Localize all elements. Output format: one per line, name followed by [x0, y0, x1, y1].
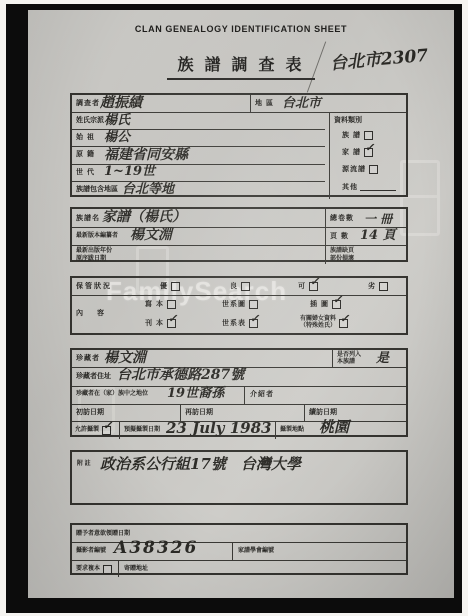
ancestor-label: 始 祖 [76, 134, 95, 142]
category-other: 其他 [342, 183, 396, 191]
checkbox-box: ✓ [241, 282, 250, 291]
pages-value: 14 頁 [360, 229, 396, 242]
checkbox-box: ✓ [309, 282, 318, 291]
area-label: 地 區 [255, 100, 274, 108]
pages-label: 頁 數 [330, 233, 349, 241]
checkbox-box: ✓ [364, 148, 373, 157]
ancestor-value: 楊公 [104, 131, 130, 144]
checkbox-box: ✓ [167, 319, 176, 328]
condition-table: 保管狀況 優 ✓ 良 ✓ 可 ✓ 劣 ✓ 內 容 寫 本 ✓ [70, 276, 408, 335]
keeper-table: 珍藏者 楊文淵 是否列入 本族譜 是 珍藏者住址 台北市承德路287號 珍藏者在… [70, 348, 408, 437]
check-mark-icon: ✓ [310, 275, 319, 288]
checkbox-box: ✓ [339, 319, 348, 328]
condition-label: 保管狀況 [76, 283, 112, 291]
english-title: CLAN GENEALOGY IDENTIFICATION SHEET [28, 24, 454, 34]
keeper-position-label: 珍藏者在（家）族中之地位 [76, 391, 148, 398]
checkbox-box: ✓ [249, 300, 258, 309]
checkbox-condition-fair: 可 ✓ [298, 282, 318, 291]
keeper-label: 珍藏者 [76, 355, 100, 363]
remarks-value: 政治系公行組17號 台灣大學 [100, 457, 301, 472]
checkbox-box: ✓ [332, 300, 341, 309]
check-mark-icon: ✓ [365, 141, 374, 154]
checkbox-condition-poor: 劣 ✓ [368, 282, 388, 291]
compiler-label: 最新版本編纂者 [76, 233, 118, 240]
checkbox-family-genealogy: 家 譜 ✓ [342, 148, 373, 157]
checkbox-condition-good: 良 ✓ [230, 282, 250, 291]
book-title-label: 族譜名 [76, 215, 100, 223]
clan-label: 姓氏宗派 [76, 117, 104, 125]
keeper-address-label: 珍藏者住址 [76, 373, 111, 381]
pub-year-label: 最新出版年份 [76, 248, 112, 255]
check-mark-icon: ✓ [340, 312, 349, 325]
category-title: 資料類別 [334, 117, 362, 125]
compiler-value: 楊文淵 [130, 228, 172, 242]
checkbox-origin-genealogy: 源流譜 ✓ [342, 165, 378, 174]
missing-pages-label: 族譜缺頁 [330, 248, 354, 255]
area-value: 台北市 [282, 97, 321, 110]
introducer-label: 介紹者 [250, 391, 274, 399]
film-date-label: 預擬攝製日期 [124, 427, 160, 434]
film-date-value: 23 July 1983 [166, 421, 271, 436]
volumes-label: 總卷數 [330, 215, 354, 223]
check-mark-icon: ✓ [103, 419, 112, 432]
microfilm-black-frame: FamilySearch CLAN GENEALOGY IDENTIFICATI… [6, 4, 462, 613]
check-mark-icon: ✓ [333, 293, 342, 306]
surveyor-value: 趙振績 [100, 96, 142, 110]
photographer-no-value: A38326 [114, 540, 198, 557]
origin-value: 福建省同安縣 [104, 148, 188, 162]
surveyor-label: 調查者 [76, 100, 100, 108]
blank-line [360, 183, 396, 191]
checkbox-box: ✓ [102, 426, 111, 435]
check-mark-icon: ✓ [250, 312, 259, 325]
keeper-position-value: 19世裔孫 [167, 387, 224, 400]
origin-label: 原 籍 [76, 151, 95, 159]
checkbox-manuscript: 寫 本 ✓ [145, 300, 176, 309]
book-title-value: 家譜（楊氏） [102, 210, 186, 224]
donor-date-label: 贈予者意欲領贈日期 [76, 531, 130, 538]
damage-label: 部份損壞 [330, 256, 354, 263]
followup-visit-label: 續訪日期 [309, 409, 337, 417]
checkbox-clan-genealogy: 族 譜 ✓ [342, 131, 373, 140]
form-paper: FamilySearch CLAN GENEALOGY IDENTIFICATI… [28, 10, 454, 598]
listed-value: 是 [376, 352, 389, 365]
survey-table: 調查者 趙振績 地 區 台北市 姓氏宗派 楊氏 始 祖 楊公 原 籍 福建省同安… [70, 93, 408, 197]
send-address-label: 寄贈地址 [124, 566, 148, 573]
volumes-value: 一 冊 [364, 213, 392, 225]
checkbox-box: ✓ [167, 300, 176, 309]
checkbox-box: ✓ [369, 165, 378, 174]
photographer-no-label: 攝影者編號 [76, 548, 106, 555]
checkbox-printed-edition: 刊 本 ✓ [145, 319, 176, 328]
keeper-address-value: 台北市承德路287號 [117, 368, 244, 382]
checkbox-box: ✓ [171, 282, 180, 291]
film-place-value: 桃園 [319, 420, 349, 435]
checkbox-box: ✓ [364, 131, 373, 140]
checkbox-illustrations: 插 圖 ✓ [310, 300, 341, 309]
book-table: 族譜名 家譜（楊氏） 總卷數 一 冊 最新版本編纂者 楊文淵 頁 數 14 頁 … [70, 207, 408, 262]
checkbox-box: ✓ [103, 565, 112, 574]
film-place-label: 攝製地點 [280, 427, 304, 434]
check-mark-icon: ✓ [168, 312, 177, 325]
checkbox-womens-records: 有關婦女資料 （特殊姓氏） ✓ [300, 316, 348, 330]
coverage-label: 族譜包含地區 [76, 186, 118, 194]
clan-value: 楊氏 [104, 114, 130, 127]
checkbox-copy-request: 要求複本 ✓ [76, 565, 112, 574]
second-visit-label: 再訪日期 [185, 409, 213, 417]
preface-label: 原序跋日期 [76, 256, 106, 263]
checkbox-lineage-chart: 世系圖 ✓ [222, 300, 258, 309]
checkbox-filming-permission: 允許攝製 ✓ [75, 426, 111, 435]
first-visit-label: 初訪日期 [76, 409, 104, 417]
content-label: 內 容 [76, 310, 110, 318]
coverage-value: 台北等地 [122, 183, 174, 196]
remarks-label: 附 註 [77, 461, 91, 468]
checkbox-box: ✓ [379, 282, 388, 291]
generations-label: 世 代 [76, 169, 95, 177]
remarks-table: 附 註 政治系公行組17號 台灣大學 [70, 450, 408, 505]
checkbox-condition-excellent: 優 ✓ [160, 282, 180, 291]
checkbox-box: ✓ [249, 319, 258, 328]
society-no-label: 家譜學會編號 [238, 548, 274, 555]
scanned-genealogy-sheet: { "header": { "english_title": "CLAN GEN… [0, 0, 468, 616]
checkbox-lineage-table: 世系表 ✓ [222, 319, 258, 328]
listed-label: 是否列入 本族譜 [337, 352, 361, 366]
generations-value: 1~19世 [104, 165, 155, 178]
keeper-value: 楊文淵 [104, 351, 146, 365]
admin-table: 贈予者意欲領贈日期 攝影者編號 A38326 家譜學會編號 要求複本 ✓ 寄贈地… [70, 523, 408, 575]
